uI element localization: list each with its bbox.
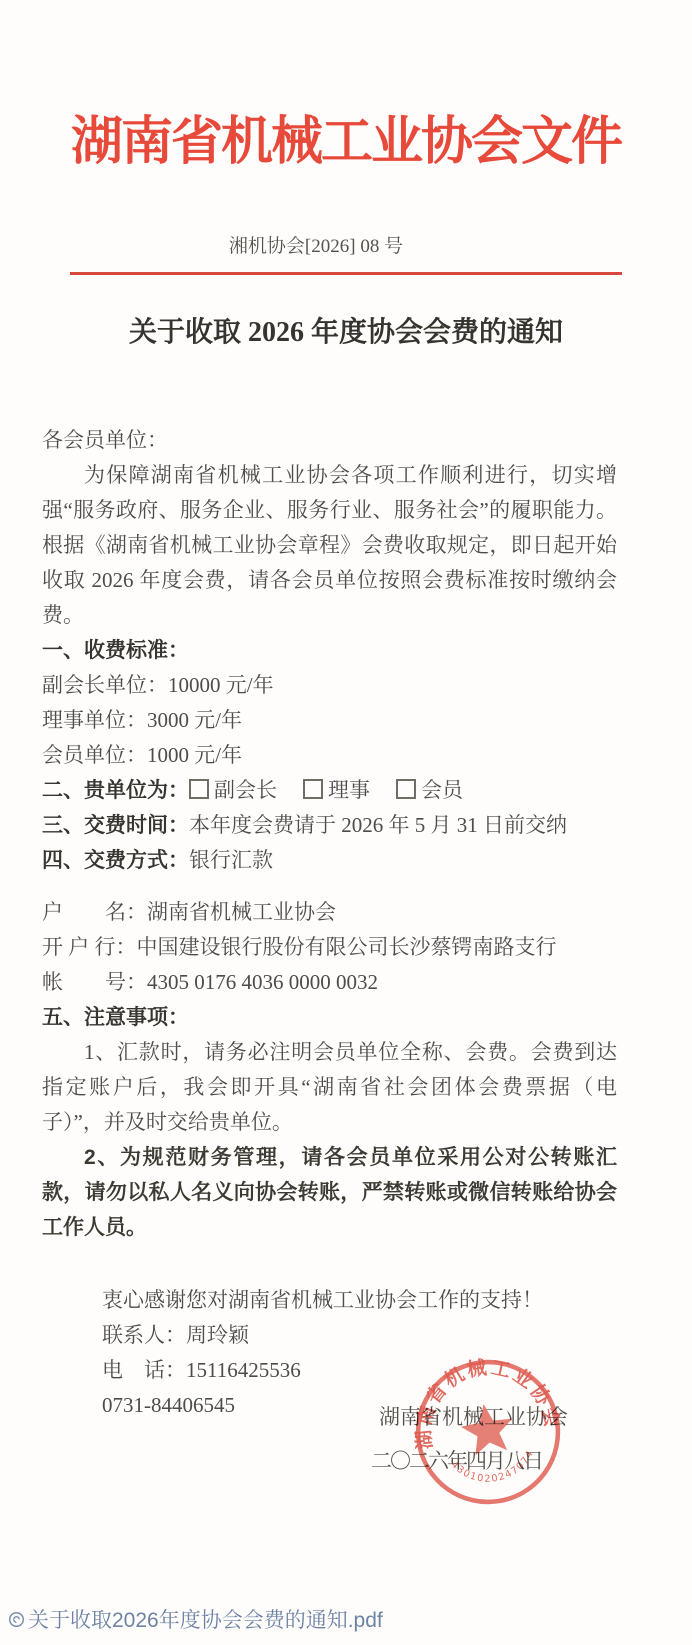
bank-info: 户 名：湖南省机械工业协会 开 户 行：中国建设银行股份有限公司长沙蔡锷南路支行…: [42, 895, 617, 1000]
bank-value: 湖南省机械工业协会: [147, 900, 336, 924]
bank-branch-row: 开 户 行：中国建设银行股份有限公司长沙蔡锷南路支行: [42, 930, 617, 965]
checkbox-icon: [396, 779, 416, 799]
fee-standard-heading: 一、收费标准：: [42, 633, 617, 668]
bank-account-name-row: 户 名：湖南省机械工业协会: [42, 895, 617, 930]
option-label: 理事: [328, 778, 370, 802]
svg-text:4301020247074: 4301020247074: [448, 1447, 541, 1491]
bank-label: 开 户 行：: [42, 935, 137, 959]
checkbox-icon: [303, 779, 323, 799]
payment-method-heading: 四、交费方式：: [42, 849, 189, 872]
fee-item-vice-president: 副会长单位：10000 元/年: [42, 668, 617, 703]
official-seal-stamp: 湖南省机械工业协会 4301020247074: [401, 1345, 575, 1519]
salutation: 各会员单位：: [42, 423, 617, 458]
fee-item-member: 会员单位：1000 元/年: [42, 738, 617, 773]
note-1: 1、汇款时，请务必注明会员单位全称、会费。会费到达指定账户后，我会即开具“湖南省…: [42, 1035, 617, 1140]
option-label: 副会长: [214, 778, 277, 802]
notes-heading: 五、注意事项：: [42, 1000, 617, 1035]
signature-block: 湖南省机械工业协会 二〇二六年四月八日: [0, 1402, 692, 1476]
checkbox-icon: [189, 779, 209, 799]
option-vice-president: 副会长: [189, 778, 277, 802]
attachment-bar: 关于收取2026年度协会会费的通知.pdf: [8, 1604, 383, 1634]
star-icon: [458, 1400, 517, 1457]
document-body: 各会员单位： 为保障湖南省机械工业协会各项工作顺利进行，切实增强“服务政府、服务…: [0, 423, 692, 1423]
attachment-link[interactable]: 关于收取2026年度协会会费的通知.pdf: [28, 1604, 383, 1634]
payment-time-row: 三、交费时间：本年度会费请于 2026 年 5 月 31 日前交纳: [42, 808, 617, 843]
option-director: 理事: [303, 778, 370, 802]
letterhead-title: 湖南省机械工业协会文件: [0, 106, 692, 180]
signature-org: 湖南省机械工业协会: [0, 1402, 692, 1432]
option-member: 会员: [396, 778, 463, 802]
doc-number: 湘机协会[2026] 08 号: [0, 234, 662, 260]
intro-paragraph: 为保障湖南省机械工业协会各项工作顺利进行，切实增强“服务政府、服务企业、服务行业…: [42, 458, 617, 633]
thanks-line: 衷心感谢您对湖南省机械工业协会工作的支持！: [102, 1283, 617, 1318]
stamp-serial: 4301020247074: [448, 1447, 541, 1491]
option-label: 会员: [421, 778, 463, 802]
pdf-attachment-icon[interactable]: [8, 1611, 25, 1628]
bank-label: 户 名：: [42, 900, 147, 924]
payment-time-heading: 三、交费时间：: [42, 814, 189, 837]
fee-item-director: 理事单位：3000 元/年: [42, 703, 617, 738]
document-page: 湖南省机械工业协会文件 湘机协会[2026] 08 号 关于收取 2026 年度…: [0, 0, 692, 1645]
document-title: 关于收取 2026 年度协会会费的通知: [0, 313, 692, 353]
bank-label: 帐 号：: [42, 970, 147, 994]
bank-value: 中国建设银行股份有限公司长沙蔡锷南路支行: [137, 935, 557, 959]
signature-date: 二〇二六年四月八日: [0, 1446, 692, 1476]
red-divider: [70, 272, 622, 275]
note-2: 2、为规范财务管理，请各会员单位采用公对公转账汇款，请勿以私人名义向协会转账，严…: [42, 1140, 617, 1245]
payment-method-row: 四、交费方式：银行汇款: [42, 843, 617, 878]
payment-time-text: 本年度会费请于 2026 年 5 月 31 日前交纳: [189, 813, 567, 837]
bank-value: 4305 0176 4036 0000 0032: [147, 970, 378, 994]
unit-type-row: 二、贵单位为：副会长理事会员: [42, 773, 617, 808]
bank-account-number-row: 帐 号：4305 0176 4036 0000 0032: [42, 965, 617, 1000]
unit-type-heading: 二、贵单位为：: [42, 779, 189, 802]
payment-method-text: 银行汇款: [189, 848, 273, 872]
